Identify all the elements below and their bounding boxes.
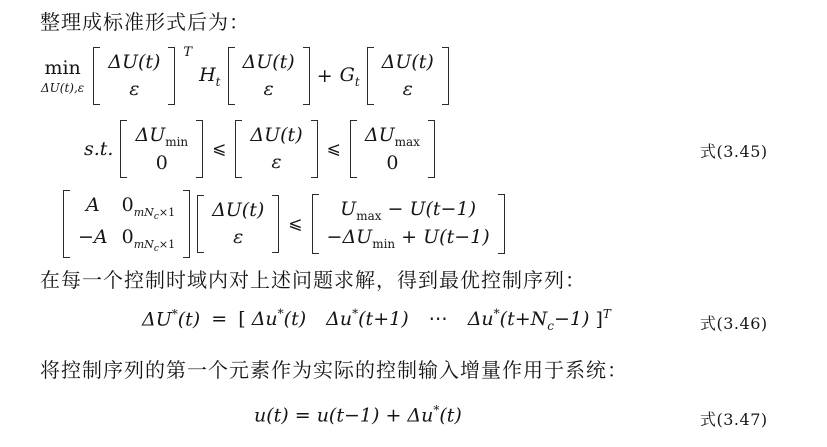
right-bracket xyxy=(311,120,318,178)
matrix-body: A 0mNc×1 −A 0mNc×1 xyxy=(70,190,183,258)
min-operator: min ΔU(t),ε xyxy=(41,57,84,95)
vector-entry-eps: ε xyxy=(382,78,434,101)
right-bracket xyxy=(183,190,190,258)
transpose-superscript: T xyxy=(603,307,611,321)
open-bracket: [ xyxy=(238,308,245,330)
right-bracket xyxy=(498,194,505,254)
entry-negA: −A xyxy=(78,226,108,248)
left-bracket xyxy=(350,120,357,179)
vector-entry-du: ΔU(t) xyxy=(382,51,434,74)
hessian-term: Ht xyxy=(199,64,220,88)
entry-umax-row: Umax − U(t−1) xyxy=(327,198,490,222)
left-bracket xyxy=(235,120,242,178)
block-matrix-A: A 0mNc×1 −A 0mNc×1 xyxy=(63,190,190,258)
left-bracket xyxy=(197,195,204,253)
control-update-arg: (t) xyxy=(439,404,461,426)
decision-vector-3: ΔU(t) ε xyxy=(367,47,449,105)
left-bracket xyxy=(312,194,319,254)
entry-du-max: ΔUmax xyxy=(365,124,420,148)
vector-entry-du: ΔU(t) xyxy=(243,51,295,74)
close-bracket: ] xyxy=(595,308,602,330)
matrix-body: ΔU(t) ε xyxy=(242,120,310,178)
left-bracket xyxy=(93,47,100,105)
decision-vector-1: ΔU(t) ε xyxy=(93,47,175,105)
entry-zero: 0 xyxy=(135,152,188,175)
min-subscript: ΔU(t),ε xyxy=(41,81,84,95)
solve-text: 在每一个控制时域内对上述问题求解，得到最优控制序列： xyxy=(40,264,586,293)
decision-vector-2: ΔU(t) ε xyxy=(228,47,310,105)
right-bracket xyxy=(168,47,175,105)
eq346-line: ΔU*(t) = [ Δu*(t) Δu*(t+1) ⋯ Δu*(t+Nc−1)… xyxy=(142,308,611,332)
du-star-lhs: ΔU xyxy=(142,308,172,330)
left-bracket xyxy=(228,47,235,105)
vector-entry-eps: ε xyxy=(243,78,295,101)
plus-sign: + xyxy=(317,65,333,87)
vector-entry-du: ΔU(t) xyxy=(250,124,302,147)
decision-vector-5: ΔU(t) ε xyxy=(197,195,279,253)
subject-to-label: s.t. xyxy=(84,138,113,160)
vector-entry-du: ΔU(t) xyxy=(212,199,264,222)
sequence-term-3: Δu*(t+Nc−1) xyxy=(468,308,590,330)
lhs-arg: (t) xyxy=(178,308,200,330)
matrix-body: ΔUmax 0 xyxy=(357,120,428,179)
entry-du-min: ΔUmin xyxy=(135,124,188,148)
apply-text: 将控制序列的第一个元素作为实际的控制输入增量作用于系统： xyxy=(40,354,628,383)
leq-symbol: ⩽ xyxy=(286,214,304,234)
equation-label-346: 式(3.46) xyxy=(700,311,768,334)
right-bracket xyxy=(442,47,449,105)
leq-symbol: ⩽ xyxy=(210,139,228,159)
lower-bound-vector: ΔUmin 0 xyxy=(120,120,203,179)
entry-A: A xyxy=(86,194,100,216)
thesis-page: 整理成标准形式后为： min ΔU(t),ε ΔU(t) ε T Ht ΔU(t… xyxy=(0,0,827,447)
left-bracket xyxy=(367,47,374,105)
intro-text: 整理成标准形式后为： xyxy=(40,6,250,35)
right-bracket xyxy=(272,195,279,253)
vector-entry-du: ΔU(t) xyxy=(108,51,160,74)
control-update-expression: u(t) = u(t−1) + Δu xyxy=(254,404,433,426)
cdots-symbol: ⋯ xyxy=(429,308,448,330)
min-label: min xyxy=(44,57,80,79)
G-subscript: t xyxy=(355,75,360,89)
upper-bound-vector: ΔUmax 0 xyxy=(350,120,435,179)
eq347-line: u(t) = u(t−1) + Δu*(t) xyxy=(254,404,462,426)
matrix-body: ΔUmin 0 xyxy=(127,120,196,179)
entry-zero-block: 0mNc×1 xyxy=(122,194,175,222)
right-bracket xyxy=(428,120,435,179)
equation-label-347: 式(3.47) xyxy=(700,407,768,430)
left-bracket xyxy=(63,190,70,258)
matrix-body: ΔU(t) ε xyxy=(374,47,442,105)
transpose-superscript: T xyxy=(183,46,192,59)
H-symbol: H xyxy=(199,64,216,86)
entry-dumin-row: −ΔUmin + U(t−1) xyxy=(327,226,490,250)
G-symbol: G xyxy=(340,64,355,86)
equation-label-345: 式(3.45) xyxy=(700,139,768,162)
gradient-term: Gt xyxy=(340,64,360,88)
matrix-body: ΔU(t) ε xyxy=(204,195,272,253)
equals-sign: = xyxy=(211,308,227,330)
vector-entry-eps: ε xyxy=(212,226,264,249)
zero-subscript: mNc×1 xyxy=(134,206,175,219)
eq345-objective-line: min ΔU(t),ε ΔU(t) ε T Ht ΔU(t) ε + Gt xyxy=(41,44,449,108)
eq345-bound-constraint-line: s.t. ΔUmin 0 ⩽ ΔU(t) ε ⩽ ΔUmax 0 xyxy=(84,117,435,181)
right-bracket xyxy=(303,47,310,105)
right-bracket xyxy=(196,120,203,179)
matrix-body: ΔU(t) ε xyxy=(235,47,303,105)
entry-zero: 0 xyxy=(365,152,420,175)
eq345-amplitude-constraint-line: A 0mNc×1 −A 0mNc×1 ΔU(t) ε ⩽ Umax − U(t−… xyxy=(63,189,505,259)
Nc-subscript: c xyxy=(547,319,554,333)
rhs-bound-vector: Umax − U(t−1) −ΔUmin + U(t−1) xyxy=(312,194,505,254)
zero-subscript: mNc×1 xyxy=(134,238,175,251)
left-bracket xyxy=(120,120,127,179)
vector-entry-eps: ε xyxy=(108,78,160,101)
sequence-term-2: Δu*(t+1) xyxy=(326,308,408,330)
matrix-body: ΔU(t) ε xyxy=(100,47,168,105)
matrix-body: Umax − U(t−1) −ΔUmin + U(t−1) xyxy=(319,194,498,254)
sequence-term-1: Δu*(t) xyxy=(252,308,306,330)
leq-symbol: ⩽ xyxy=(325,139,343,159)
entry-zero-block: 0mNc×1 xyxy=(122,226,175,254)
decision-vector-4: ΔU(t) ε xyxy=(235,120,317,178)
vector-entry-eps: ε xyxy=(250,151,302,174)
H-subscript: t xyxy=(216,75,221,89)
